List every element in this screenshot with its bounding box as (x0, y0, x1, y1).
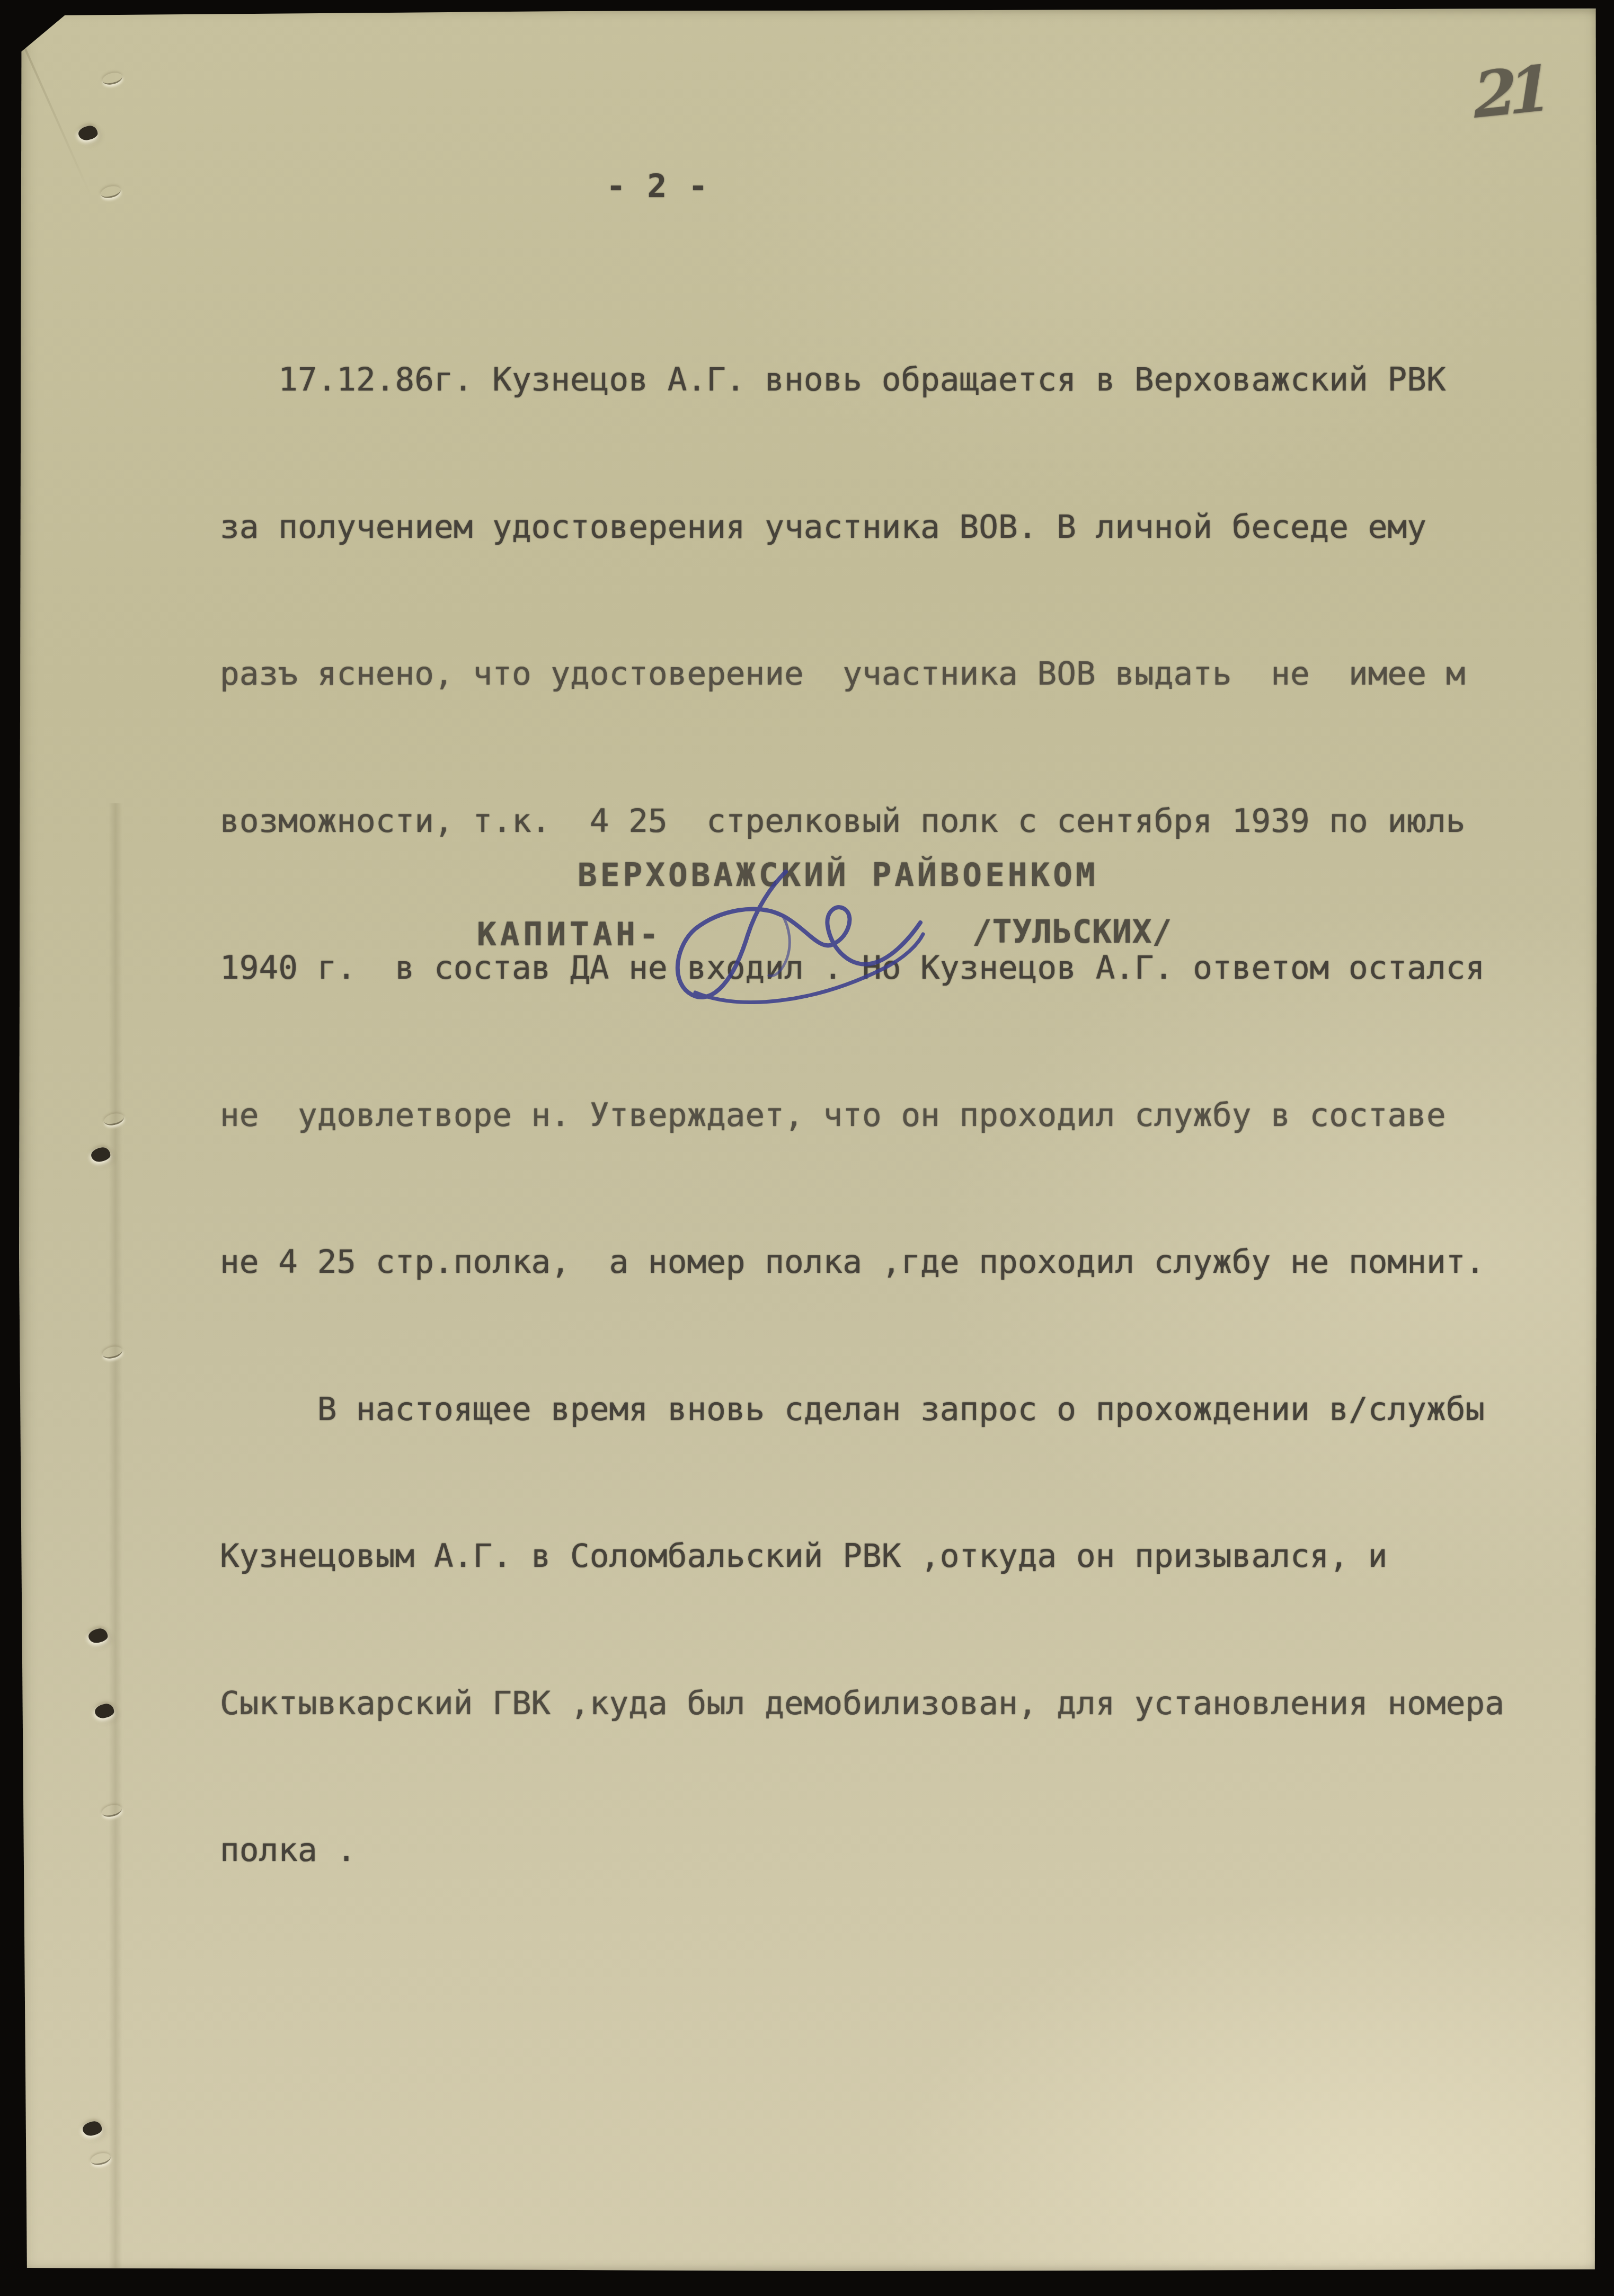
binding-hole (90, 1146, 111, 1163)
typed-line: 17.12.86г. Кузнецов А.Г. вновь обращаетс… (220, 356, 1504, 405)
typed-page-number: - 2 - (606, 167, 709, 205)
typed-line: Сыктывкарский ГВК ,куда был демобилизова… (220, 1679, 1504, 1728)
typed-line: полка . (220, 1826, 1504, 1875)
scanned-document: - 2 - 21 17.12.86г. Кузнецов А.Г. вновь … (0, 0, 1614, 2296)
binding-hole (87, 1627, 109, 1644)
corner-crease (23, 47, 92, 197)
signature-name: /ТУЛЬСКИХ/ (972, 913, 1172, 951)
vertical-fold-crease (109, 803, 122, 2271)
binding-hole (82, 2120, 103, 2137)
typed-line: не 4 25 стр.полка, а номер полка ,где пр… (220, 1238, 1504, 1287)
pencil-page-number: 21 (1473, 51, 1545, 132)
binding-hole (77, 125, 99, 141)
handwritten-signature-ink (644, 864, 941, 1018)
typed-line: В настоящее время вновь сделан запрос о … (220, 1385, 1504, 1434)
typed-line: разъ яснено, что удостоверение участника… (220, 650, 1504, 699)
letter-body: 17.12.86г. Кузнецов А.Г. вновь обращаетс… (220, 258, 1504, 1973)
paper-tear (101, 71, 123, 87)
typed-line: за получением удостоверения участника ВО… (220, 503, 1504, 552)
paper-tear (100, 184, 122, 200)
document-page: - 2 - 21 17.12.86г. Кузнецов А.Г. вновь … (19, 8, 1597, 2271)
typed-line: возможности, т.к. 4 25 стрелковый полк с… (220, 797, 1504, 846)
signature-rank-label: КАПИТАН- (477, 916, 662, 953)
typed-line: Кузнецовым А.Г. в Соломбальский РВК ,отк… (220, 1532, 1504, 1581)
typed-line: не удовлетворе н. Утверждает, что он про… (220, 1091, 1504, 1140)
